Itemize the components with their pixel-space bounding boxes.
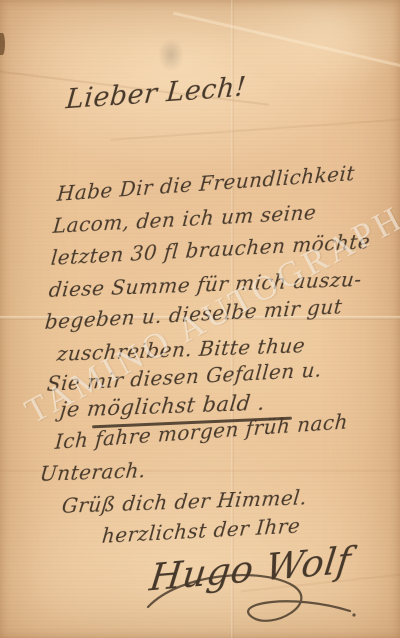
letter-body-line-9: Unterach. [39, 458, 148, 486]
emphasis-suffix: . [249, 391, 266, 416]
signature-flourish [140, 565, 370, 635]
letter-photo: Lieber Lech! Habe Dir die Freundlichkeit… [0, 0, 400, 638]
emphasis-prefix: je [59, 397, 89, 422]
